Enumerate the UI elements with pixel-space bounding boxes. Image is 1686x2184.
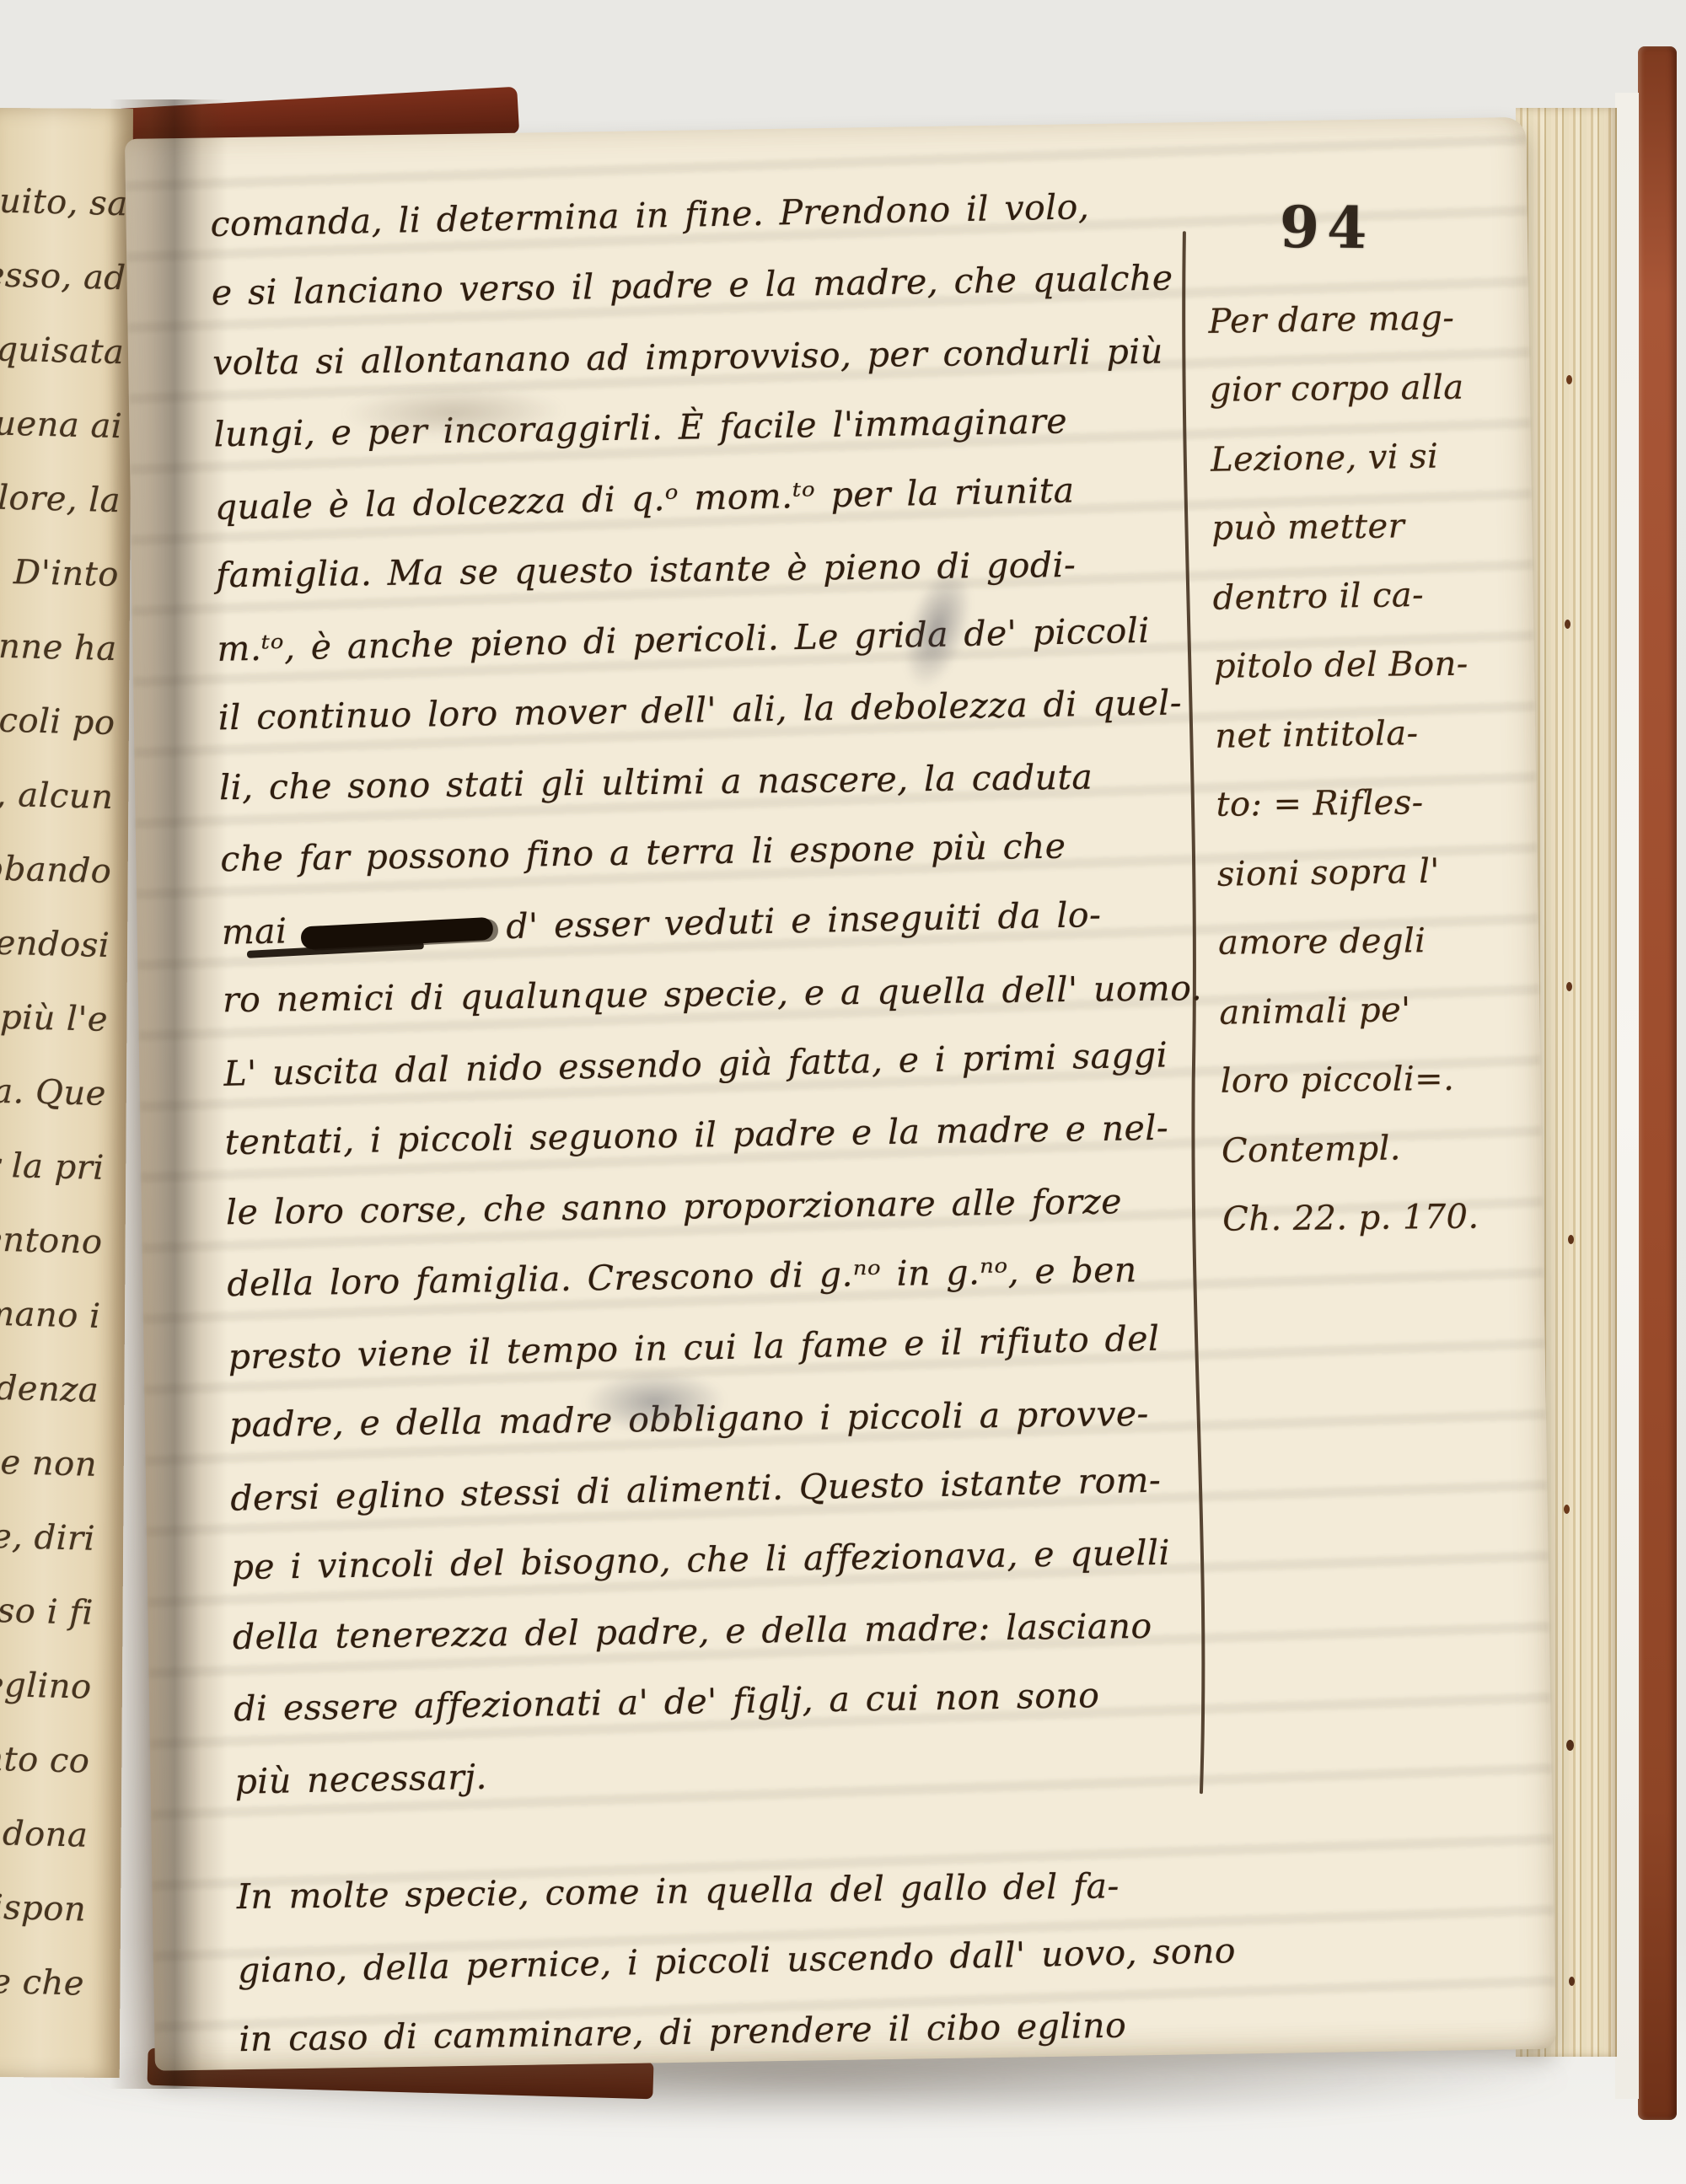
left-page-line: ad abbando bbox=[0, 827, 112, 909]
margin-note-line: net intitola- bbox=[1215, 697, 1523, 771]
text-segment: d' esser veduti e inseguiti da lo- bbox=[506, 894, 1102, 947]
margin-note-line: gior corpo alla bbox=[1209, 352, 1517, 425]
page-number-stamp: 94 bbox=[1279, 194, 1374, 262]
left-page-line: vedendosi bbox=[0, 901, 110, 983]
left-page-line: ali, alcun bbox=[0, 753, 114, 834]
left-page-line: è abbandona bbox=[0, 1791, 89, 1873]
text-line: le loro corse, che sanno proporzionare a… bbox=[226, 1165, 1217, 1248]
left-page-line: gresso, ad bbox=[0, 234, 127, 316]
left-page-line: nati, eglino bbox=[0, 1643, 93, 1725]
margin-note-line: animali pe' bbox=[1219, 974, 1528, 1048]
book-cover-edge bbox=[1638, 46, 1677, 2120]
margin-note-line: to: = Rifles- bbox=[1216, 767, 1524, 840]
left-page-line: casta. Que bbox=[0, 1049, 107, 1131]
left-page-line: ae quisata bbox=[0, 309, 125, 390]
left-page-line: ntimento co bbox=[0, 1717, 91, 1799]
main-text: comanda, li determina in fine. Prendono … bbox=[210, 171, 1230, 2074]
left-page-line: penne ha bbox=[0, 605, 118, 687]
margin-note-line: sioni sopra l' bbox=[1216, 835, 1525, 910]
left-page-line: eguito, sa bbox=[0, 160, 129, 242]
left-page: eguito, sa gresso, ad ae quisata uena ai… bbox=[0, 108, 133, 2078]
margin-note-line: pitolo del Bon- bbox=[1214, 629, 1522, 701]
left-page-line: per la pri bbox=[0, 1124, 105, 1205]
left-page-line: uena ai bbox=[0, 383, 123, 464]
margin-note-line: Lezione, vi si bbox=[1210, 421, 1518, 495]
left-page-line: diffidenza bbox=[0, 1346, 99, 1428]
left-page-line: b, D'into bbox=[0, 531, 120, 613]
left-page-line: oli, rispon bbox=[0, 1865, 87, 1947]
text-line: volta si allontanano ad improvviso, per … bbox=[212, 315, 1204, 398]
left-page-line: a che non bbox=[0, 1420, 98, 1502]
margin-note-line: Contempl. bbox=[1221, 1112, 1529, 1186]
text-segment: mai bbox=[221, 910, 287, 952]
margin-note-line: Per dare mag- bbox=[1208, 282, 1517, 357]
margin-note-line: può metter bbox=[1211, 491, 1520, 563]
text-line: della tenerezza del padre, e della madre… bbox=[232, 1590, 1223, 1672]
left-page-line: spiumano i bbox=[0, 1272, 101, 1354]
left-page-line: loro più l'e bbox=[0, 975, 109, 1057]
left-page-line: madre, diri bbox=[0, 1494, 96, 1576]
left-page-line: di sentono bbox=[0, 1198, 104, 1280]
endpaper-strip bbox=[1615, 93, 1639, 2099]
manuscript-page: 94 comanda, li determina in fine. Prendo… bbox=[125, 117, 1556, 2071]
margin-note-line: loro piccoli=. bbox=[1220, 1044, 1528, 1116]
left-page-line: piccoli po bbox=[0, 679, 116, 761]
ink-smudge bbox=[583, 1369, 727, 1435]
text-line: li, che sono stati gli ultimi a nascere,… bbox=[219, 740, 1211, 823]
margin-note: Per dare mag- gior corpo alla Lezione, v… bbox=[1208, 282, 1531, 1255]
left-page-line: e verso i fi bbox=[0, 1569, 94, 1650]
margin-note-line: Ch. 22. p. 170. bbox=[1222, 1182, 1531, 1254]
margin-note-line: dentro il ca- bbox=[1212, 559, 1521, 633]
margin-note-line: amore degli bbox=[1218, 905, 1527, 978]
left-page-line: calore, la bbox=[0, 457, 121, 539]
ink-smudge bbox=[344, 385, 564, 439]
ink-strikethrough bbox=[300, 917, 493, 950]
left-page-line: sta, e che bbox=[0, 1940, 85, 2021]
manuscript-photo: eguito, sa gresso, ad ae quisata uena ai… bbox=[0, 0, 1686, 2184]
left-page-text: eguito, sa gresso, ad ae quisata uena ai… bbox=[0, 160, 129, 2021]
fore-edge-specks bbox=[1566, 982, 1572, 991]
